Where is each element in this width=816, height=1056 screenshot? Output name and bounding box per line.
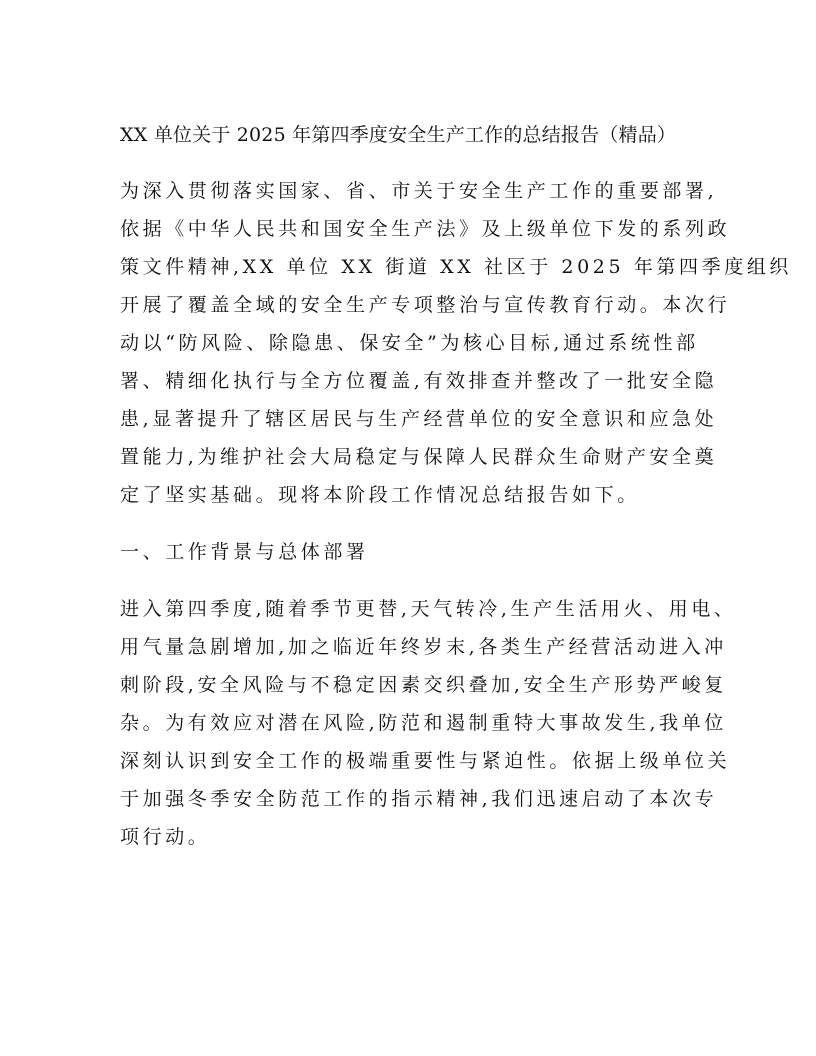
paragraph-line: 于加强冬季安全防范工作的指示精神,我们迅速启动了本次专 (120, 786, 717, 812)
paragraph-line: 用气量急剧增加,加之临近年终岁末,各类生产经营活动进入冲 (120, 634, 727, 660)
paragraph-line: 动以“防风险、除隐患、保安全”为核心目标,通过系统性部 (120, 330, 699, 356)
paragraph-line: 进入第四季度,随着季节更替,天气转冷,生产生活用火、用电、 (120, 596, 737, 622)
paragraph-line: 杂。为有效应对潜在风险,防范和遏制重特大事故发生,我单位 (120, 710, 727, 736)
paragraph-line: 依据《中华人民共和国安全生产法》及上级单位下发的系列政 (120, 216, 730, 242)
paragraph-line: 置能力,为维护社会大局稳定与保障人民群众生命财产安全奠 (120, 444, 717, 470)
document-page: XX 单位关于 2025 年第四季度安全生产工作的总结报告（精品） 为深入贯彻落… (0, 0, 816, 1056)
document-title: XX 单位关于 2025 年第四季度安全生产工作的总结报告（精品） (120, 122, 760, 148)
paragraph-line: 定了坚实基础。现将本阶段工作情况总结报告如下。 (120, 482, 640, 508)
paragraph-line: 项行动。 (120, 824, 210, 850)
paragraph-line: 策文件精神,XX 单位 XX 街道 XX 社区于 2025 年第四季度组织 (120, 254, 792, 280)
section-heading: 一、工作背景与总体部署 (120, 539, 369, 565)
paragraph-line: 深刻认识到安全工作的极端重要性与紧迫性。依据上级单位关 (120, 748, 730, 774)
paragraph-line: 患,显著提升了辖区居民与生产经营单位的安全意识和应急处 (120, 406, 717, 432)
paragraph-line: 刺阶段,安全风险与不稳定因素交织叠加,安全生产形势严峻复 (120, 672, 727, 698)
paragraph-line: 署、精细化执行与全方位覆盖,有效排查并整改了一批安全隐 (120, 368, 717, 394)
paragraph-line: 开展了覆盖全域的安全生产专项整治与宣传教育行动。本次行 (120, 292, 730, 318)
paragraph-line: 为深入贯彻落实国家、省、市关于安全生产工作的重要部署, (120, 178, 717, 204)
